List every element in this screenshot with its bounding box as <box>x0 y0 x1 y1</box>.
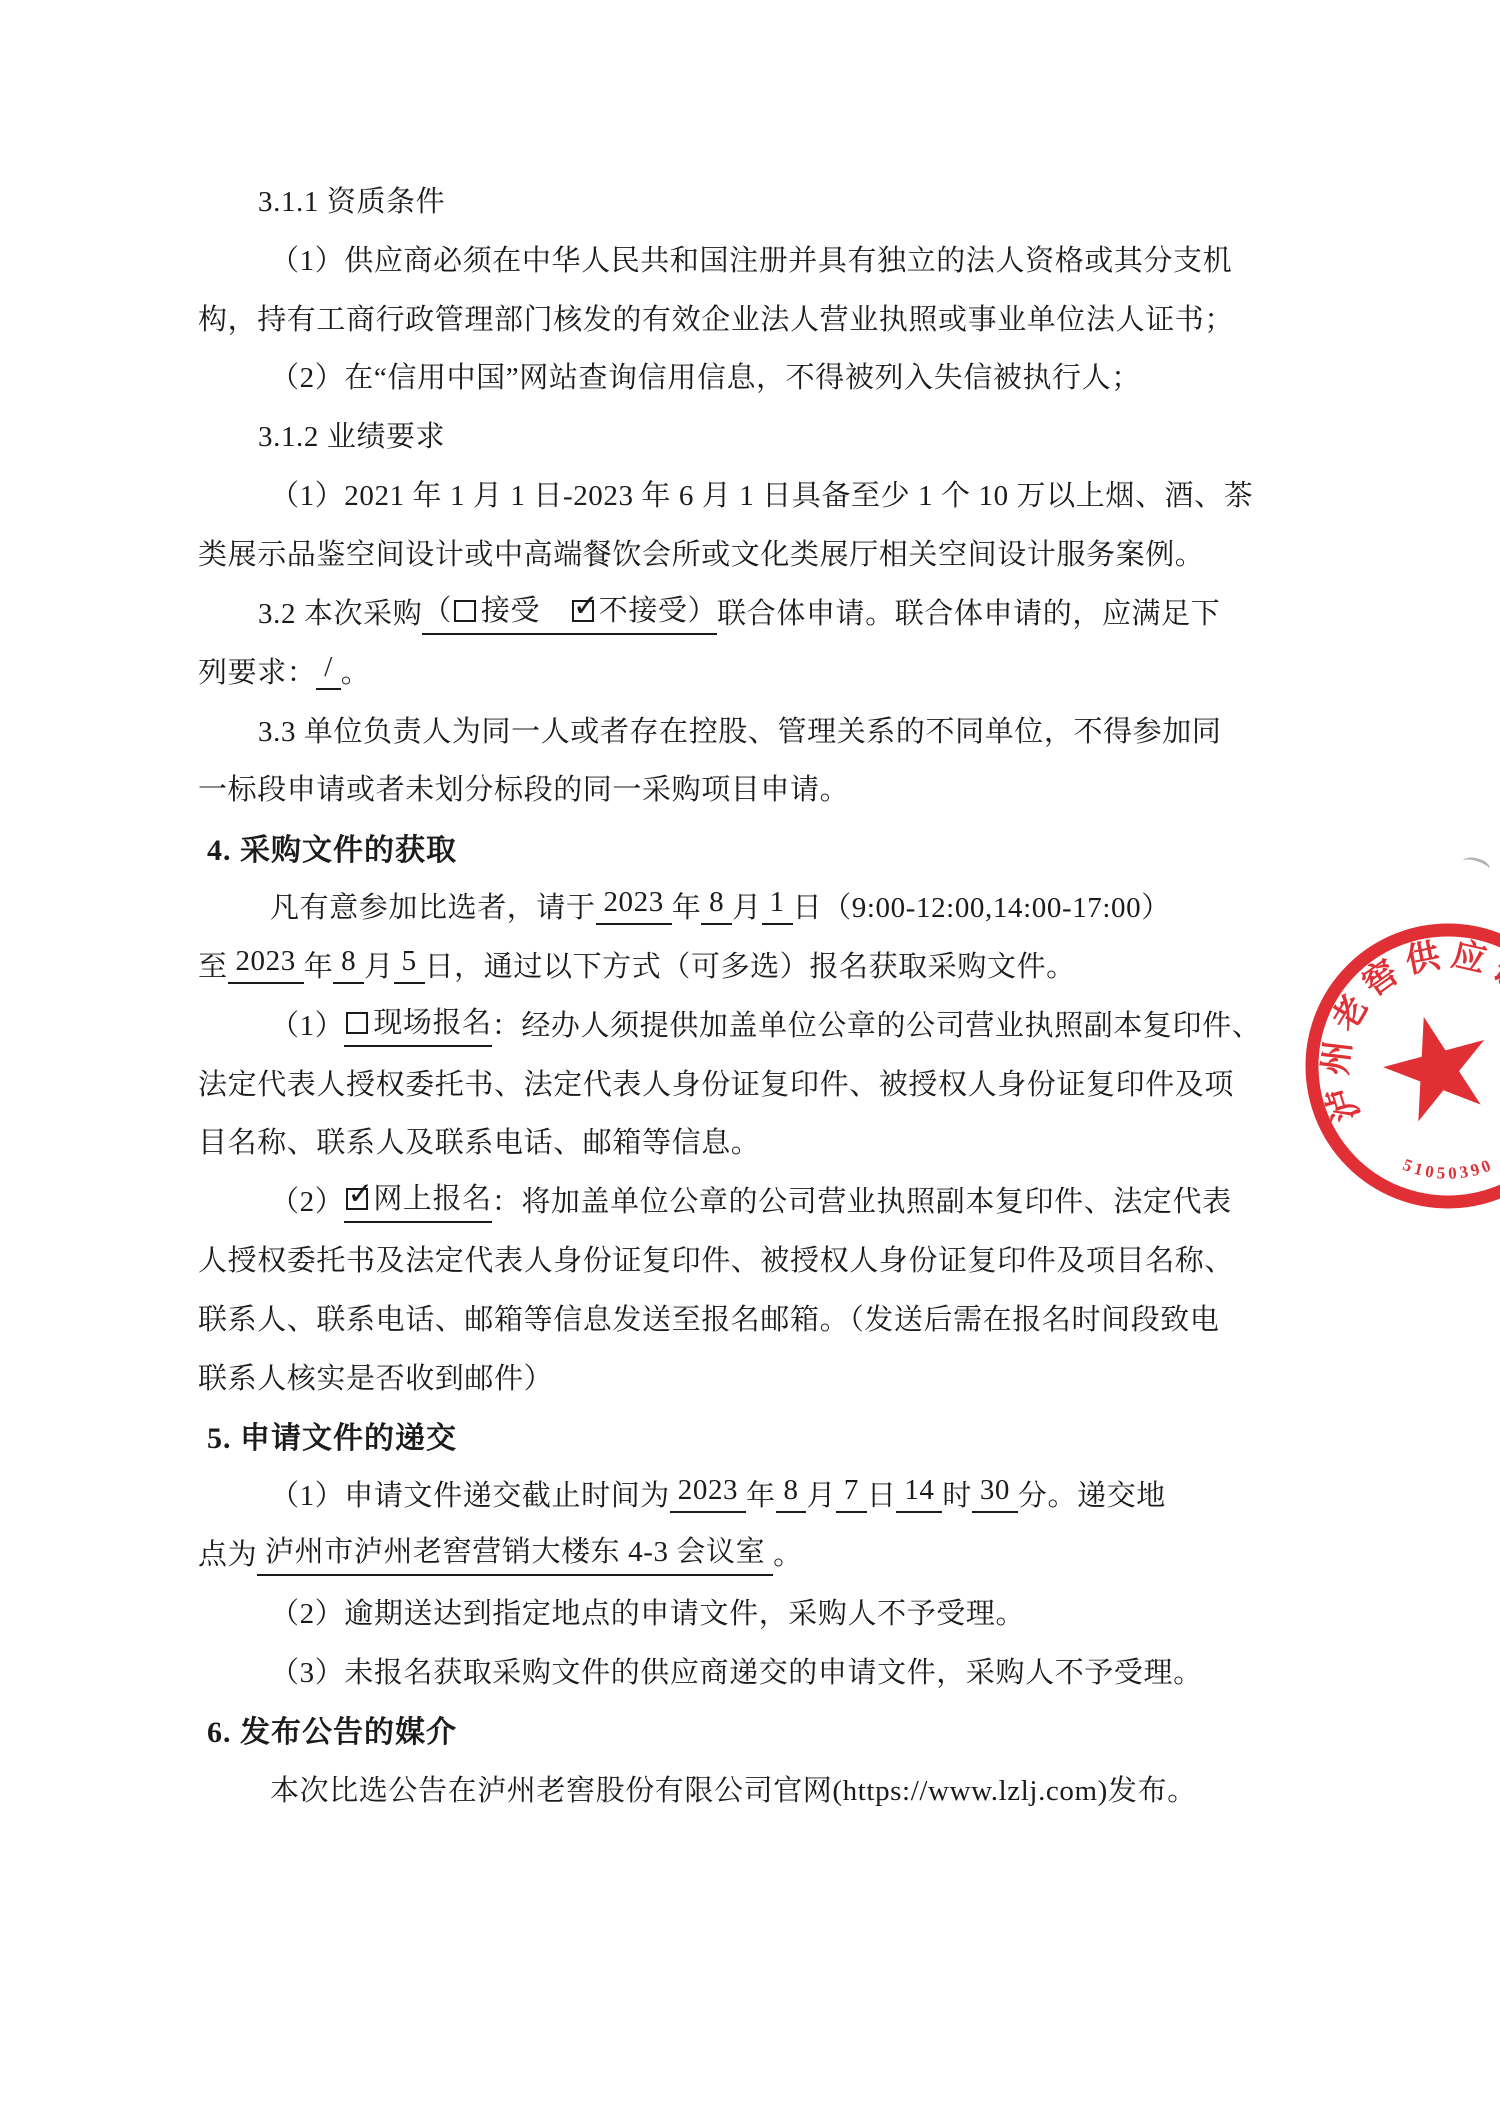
text-segment: ：将加盖单位公章的公司营业执照副本复印件、法定代表 <box>492 1179 1232 1220</box>
text-line: 法定代表人授权委托书、法定代表人身份证复印件、被授权人身份证复印件及项 <box>198 1053 1378 1112</box>
text-segment: 月 <box>806 1473 836 1514</box>
text-segment: 联系人核实是否收到邮件） <box>198 1356 553 1397</box>
text-line: 至 2023 年 8 月 5 日，通过以下方式（可多选）报名获取采购文件。 <box>198 935 1378 994</box>
text-line: 一标段申请或者未划分标段的同一采购项目申请。 <box>198 758 1378 817</box>
filled-blank: 2023 <box>228 945 304 984</box>
text-line: 本次比选公告在泸州老窖股份有限公司官网(https://www.lzlj.com… <box>198 1759 1378 1818</box>
filled-blank: 2023 <box>670 1474 746 1513</box>
filled-blank: 2023 <box>596 886 672 925</box>
checkbox-checked-icon: ✓ <box>346 1188 368 1210</box>
text-line: （1）申请文件递交截止时间为 2023 年 8 月 7 日 14 时 30 分。… <box>198 1465 1378 1524</box>
text-segment: 月 <box>364 944 394 985</box>
text-line: 3.3 单位负责人为同一人或者存在控股、管理关系的不同单位，不得参加同 <box>198 700 1378 759</box>
text-segment: （2）在“信用中国”网站查询信用信息，不得被列入失信被执行人； <box>270 355 1141 396</box>
scanned-document-page: 3.1.1 资质条件（1）供应商必须在中华人民共和国注册并具有独立的法人资格或其… <box>0 0 1500 2124</box>
text-segment: 至 <box>198 944 228 985</box>
text-line: 列要求： / 。 <box>198 641 1378 700</box>
text-segment: 凡有意参加比选者，请于 <box>270 885 596 926</box>
filled-blank: 7 <box>836 1474 867 1513</box>
underlined-group: 现场报名 <box>344 1000 491 1047</box>
text-segment: 月 <box>732 885 762 926</box>
document-body: 3.1.1 资质条件（1）供应商必须在中华人民共和国注册并具有独立的法人资格或其… <box>198 170 1378 1818</box>
seal-serial-text: 51050390 <box>1400 1155 1496 1183</box>
text-segment: 。 <box>773 1532 803 1573</box>
text-line: 3.1.2 业绩要求 <box>198 405 1378 464</box>
text-segment: （2）逾期送达到指定地点的申请文件，采购人不予受理。 <box>270 1591 1025 1632</box>
text-segment: （1）供应商必须在中华人民共和国注册并具有独立的法人资格或其分支机 <box>270 238 1232 279</box>
text-segment: （1） <box>270 1003 344 1044</box>
text-segment: 列要求： <box>198 650 316 691</box>
filled-blank: 5 <box>394 945 425 984</box>
text-segment: 类展示品鉴空间设计或中高端餐饮会所或文化类展厅相关空间设计服务案例。 <box>198 532 1204 573</box>
filled-blank: / <box>316 651 340 690</box>
checkbox-checked-icon: ✓ <box>572 600 594 622</box>
text-line: 联系人、联系电话、邮箱等信息发送至报名邮箱。（发送后需在报名时间段致电 <box>198 1288 1378 1347</box>
text-line: 目名称、联系人及联系电话、邮箱等信息。 <box>198 1112 1378 1171</box>
text-segment: 联系人、联系电话、邮箱等信息发送至报名邮箱。（发送后需在报名时间段致电 <box>198 1297 1220 1338</box>
text-line: 联系人核实是否收到邮件） <box>198 1347 1378 1406</box>
text-line: （3）未报名获取采购文件的供应商递交的申请文件，采购人不予受理。 <box>198 1641 1378 1700</box>
text-segment: 不接受） <box>599 595 717 627</box>
underlined-group: （接受 ✓不接受） <box>422 588 717 635</box>
text-segment: 构，持有工商行政管理部门核发的有效企业法人营业执照或事业单位法人证书； <box>198 297 1234 338</box>
filled-blank: 14 <box>896 1474 942 1513</box>
text-segment: 目名称、联系人及联系电话、邮箱等信息。 <box>198 1120 760 1161</box>
checkbox-unchecked-icon <box>454 600 476 622</box>
text-segment: 时 <box>942 1473 972 1514</box>
section-heading-line: 4. 采购文件的获取 <box>198 817 1378 876</box>
filled-blank: 8 <box>776 1474 807 1513</box>
text-segment: 年 <box>672 885 702 926</box>
filled-blank: 8 <box>701 886 732 925</box>
text-line: 3.1.1 资质条件 <box>198 170 1378 229</box>
text-segment: 日（9:00-12:00,14:00-17:00） <box>793 885 1171 926</box>
text-segment: 一标段申请或者未划分标段的同一采购项目申请。 <box>198 767 849 808</box>
text-segment: （2） <box>270 1179 344 1220</box>
text-segment: （3）未报名获取采购文件的供应商递交的申请文件，采购人不予受理。 <box>270 1650 1203 1691</box>
text-segment: 5. 申请文件的递交 <box>207 1413 457 1457</box>
text-line: （2）✓网上报名：将加盖单位公章的公司营业执照副本复印件、法定代表 <box>198 1170 1378 1229</box>
text-segment: 分。递交地 <box>1018 1473 1166 1514</box>
text-segment: 点为 <box>198 1532 257 1573</box>
section-heading-line: 5. 申请文件的递交 <box>198 1406 1378 1465</box>
text-line: 类展示品鉴空间设计或中高端餐饮会所或文化类展厅相关空间设计服务案例。 <box>198 523 1378 582</box>
text-segment: 现场报名 <box>373 1007 491 1039</box>
text-segment: 日，通过以下方式（可多选）报名获取采购文件。 <box>425 944 1076 985</box>
filled-blank: 30 <box>972 1474 1018 1513</box>
text-segment: 年 <box>304 944 334 985</box>
text-segment: 3.3 单位负责人为同一人或者存在控股、管理关系的不同单位，不得参加同 <box>258 709 1222 750</box>
text-line: 3.2 本次采购（接受 ✓不接受）联合体申请。联合体申请的，应满足下 <box>198 582 1378 641</box>
section-heading-line: 6. 发布公告的媒介 <box>198 1700 1378 1759</box>
text-segment: 本次比选公告在泸州老窖股份有限公司官网(https://www.lzlj.com… <box>270 1768 1197 1809</box>
text-line: （1）供应商必须在中华人民共和国注册并具有独立的法人资格或其分支机 <box>198 229 1378 288</box>
text-segment: 3.2 本次采购 <box>258 591 422 632</box>
text-segment: 日 <box>867 1473 897 1514</box>
text-line: （1）现场报名：经办人须提供加盖单位公章的公司营业执照副本复印件、 <box>198 994 1378 1053</box>
text-line: 人授权委托书及法定代表人身份证复印件、被授权人身份证复印件及项目名称、 <box>198 1229 1378 1288</box>
text-segment: 接受 <box>481 595 570 627</box>
text-segment: 4. 采购文件的获取 <box>207 825 457 869</box>
text-line: 凡有意参加比选者，请于 2023 年 8 月 1 日（9:00-12:00,14… <box>198 876 1378 935</box>
check-mark-icon: ✓ <box>573 588 599 624</box>
text-line: 点为 泸州市泸州老窖营销大楼东 4-3 会议室 。 <box>198 1523 1378 1582</box>
text-segment: （1）申请文件递交截止时间为 <box>270 1473 670 1514</box>
text-line: （2）逾期送达到指定地点的申请文件，采购人不予受理。 <box>198 1582 1378 1641</box>
text-segment: 法定代表人授权委托书、法定代表人身份证复印件、被授权人身份证复印件及项 <box>198 1062 1234 1103</box>
checkbox-unchecked-icon <box>346 1012 368 1034</box>
text-segment: ：经办人须提供加盖单位公章的公司营业执照副本复印件、 <box>492 1003 1262 1044</box>
text-segment: （ <box>422 595 452 627</box>
text-segment: 。 <box>341 650 371 691</box>
text-segment: （1）2021 年 1 月 1 日-2023 年 6 月 1 日具备至少 1 个… <box>270 473 1253 514</box>
filled-blank: 泸州市泸州老窖营销大楼东 4-3 会议室 <box>257 1529 773 1576</box>
text-segment: 3.1.2 业绩要求 <box>258 414 445 455</box>
text-segment: 网上报名 <box>373 1183 491 1215</box>
text-segment: 3.1.1 资质条件 <box>258 179 445 220</box>
underlined-group: ✓网上报名 <box>344 1176 491 1223</box>
check-mark-icon: ✓ <box>347 1176 373 1212</box>
filled-blank: 1 <box>762 886 793 925</box>
text-segment: 6. 发布公告的媒介 <box>207 1707 457 1751</box>
text-line: （2）在“信用中国”网站查询信用信息，不得被列入失信被执行人； <box>198 347 1378 406</box>
text-segment: 人授权委托书及法定代表人身份证复印件、被授权人身份证复印件及项目名称、 <box>198 1238 1234 1279</box>
filled-blank: 8 <box>333 945 364 984</box>
text-line: （1）2021 年 1 月 1 日-2023 年 6 月 1 日具备至少 1 个… <box>198 464 1378 523</box>
text-segment: 联合体申请。联合体申请的，应满足下 <box>717 591 1220 632</box>
text-line: 构，持有工商行政管理部门核发的有效企业法人营业执照或事业单位法人证书； <box>198 288 1378 347</box>
star-icon <box>1373 1003 1500 1126</box>
stray-pencil-mark <box>1460 853 1492 877</box>
text-segment: 年 <box>746 1473 776 1514</box>
